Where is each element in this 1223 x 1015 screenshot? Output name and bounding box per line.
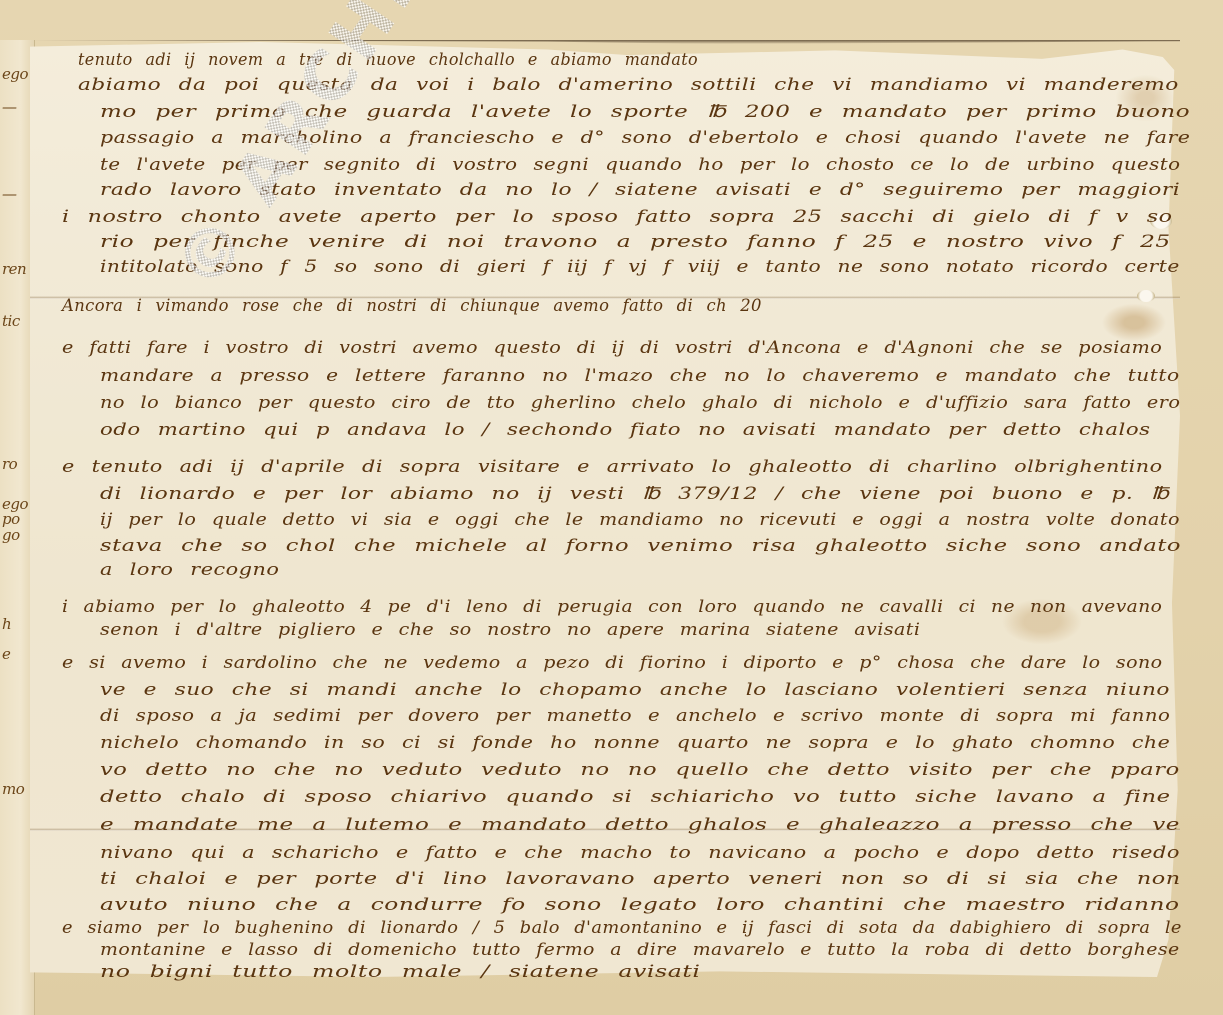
handwritten-line: odo martino qui p andava lo / sechondo f… (100, 420, 1150, 440)
handwritten-line: abiamo da poi questa da voi i balo d'ame… (78, 75, 1179, 95)
handwritten-line: i nostro chonto avete aperto per lo spos… (62, 207, 1173, 227)
paper-hole (1137, 290, 1155, 302)
handwritten-line: rio per finche venire di noi travono a p… (100, 232, 1171, 252)
handwritten-line: vo detto no che no veduto veduto no no q… (100, 760, 1180, 780)
handwritten-line: ij per lo quale detto vi sia e oggi che … (100, 510, 1180, 530)
handwritten-line: ve e suo che si mandi anche lo chopamo a… (100, 680, 1170, 700)
handwritten-line: a loro recogno (100, 560, 279, 580)
handwritten-line: stava che so chol che michele al forno v… (100, 536, 1181, 556)
handwritten-line: e si avemo i sardolino che ne vedemo a p… (62, 653, 1163, 673)
handwritten-line: te l'avete per per segnito di vostro seg… (100, 155, 1180, 175)
handwritten-line: rado lavoro stato inventato da no lo / s… (100, 180, 1180, 200)
handwritten-line: nichelo chomando in so ci si fonde ho no… (100, 733, 1170, 753)
margin-fragment: go (2, 526, 20, 544)
margin-fragment: ren (2, 260, 26, 278)
margin-fragment: — (2, 98, 17, 116)
handwritten-line: nivano qui a scharicho e fatto e che mac… (100, 843, 1180, 863)
margin-fragment: ego (2, 65, 28, 83)
handwritten-line: no bigni tutto molto male / siatene avis… (100, 962, 701, 982)
margin-fragment: e (2, 645, 10, 663)
handwritten-line: montanine e lasso di domenicho tutto fer… (100, 940, 1180, 960)
adjacent-page-strip: ego——renticroegopogohemo (0, 40, 35, 1015)
handwritten-line: di sposo a ja sedimi per dovero per mane… (100, 706, 1170, 726)
handwritten-line: e siamo per lo bughenino di lionardo / 5… (62, 918, 1182, 938)
handwritten-line: intitolato sono f 5 so sono di gieri f i… (100, 257, 1180, 277)
margin-fragment: h (2, 615, 11, 633)
handwritten-line: mo per primo che guarda l'avete lo sport… (100, 102, 1190, 122)
handwritten-line: no lo bianco per questo ciro de tto gher… (100, 393, 1180, 413)
handwritten-line: senon i d'altre pigliero e che so nostro… (100, 620, 920, 640)
margin-fragment: ro (2, 455, 17, 473)
handwritten-line: ti chaloi e per porte d'i lino lavoravan… (100, 869, 1181, 889)
handwritten-line: di lionardo e per lor abiamo no ij vesti… (100, 484, 1169, 504)
handwritten-line: Ancora i vimando rose che di nostri di c… (62, 296, 762, 316)
handwritten-line: e fatti fare i vostro di vostri avemo qu… (62, 338, 1162, 358)
handwritten-line: tenuto adi ij novem a tre di nuove cholc… (78, 50, 698, 70)
handwritten-line: detto chalo di sposo chiarivo quando si … (100, 787, 1171, 807)
handwritten-line: e mandate me a lutemo e mandato detto gh… (100, 815, 1180, 835)
handwritten-line: mandare a presso e lettere faranno no l'… (100, 366, 1180, 386)
margin-fragment: — (2, 185, 17, 203)
handwritten-line: e tenuto adi ij d'aprile di sopra visita… (62, 457, 1163, 477)
margin-fragment: mo (2, 780, 24, 798)
handwritten-line: i abiamo per lo ghaleotto 4 pe d'i leno … (62, 597, 1162, 617)
handwritten-line: avuto niuno che a condurre fo sono legat… (100, 895, 1180, 915)
margin-fragment: tic (2, 312, 20, 330)
handwritten-line: passagio a marcholino a franciescho e d°… (100, 128, 1190, 148)
